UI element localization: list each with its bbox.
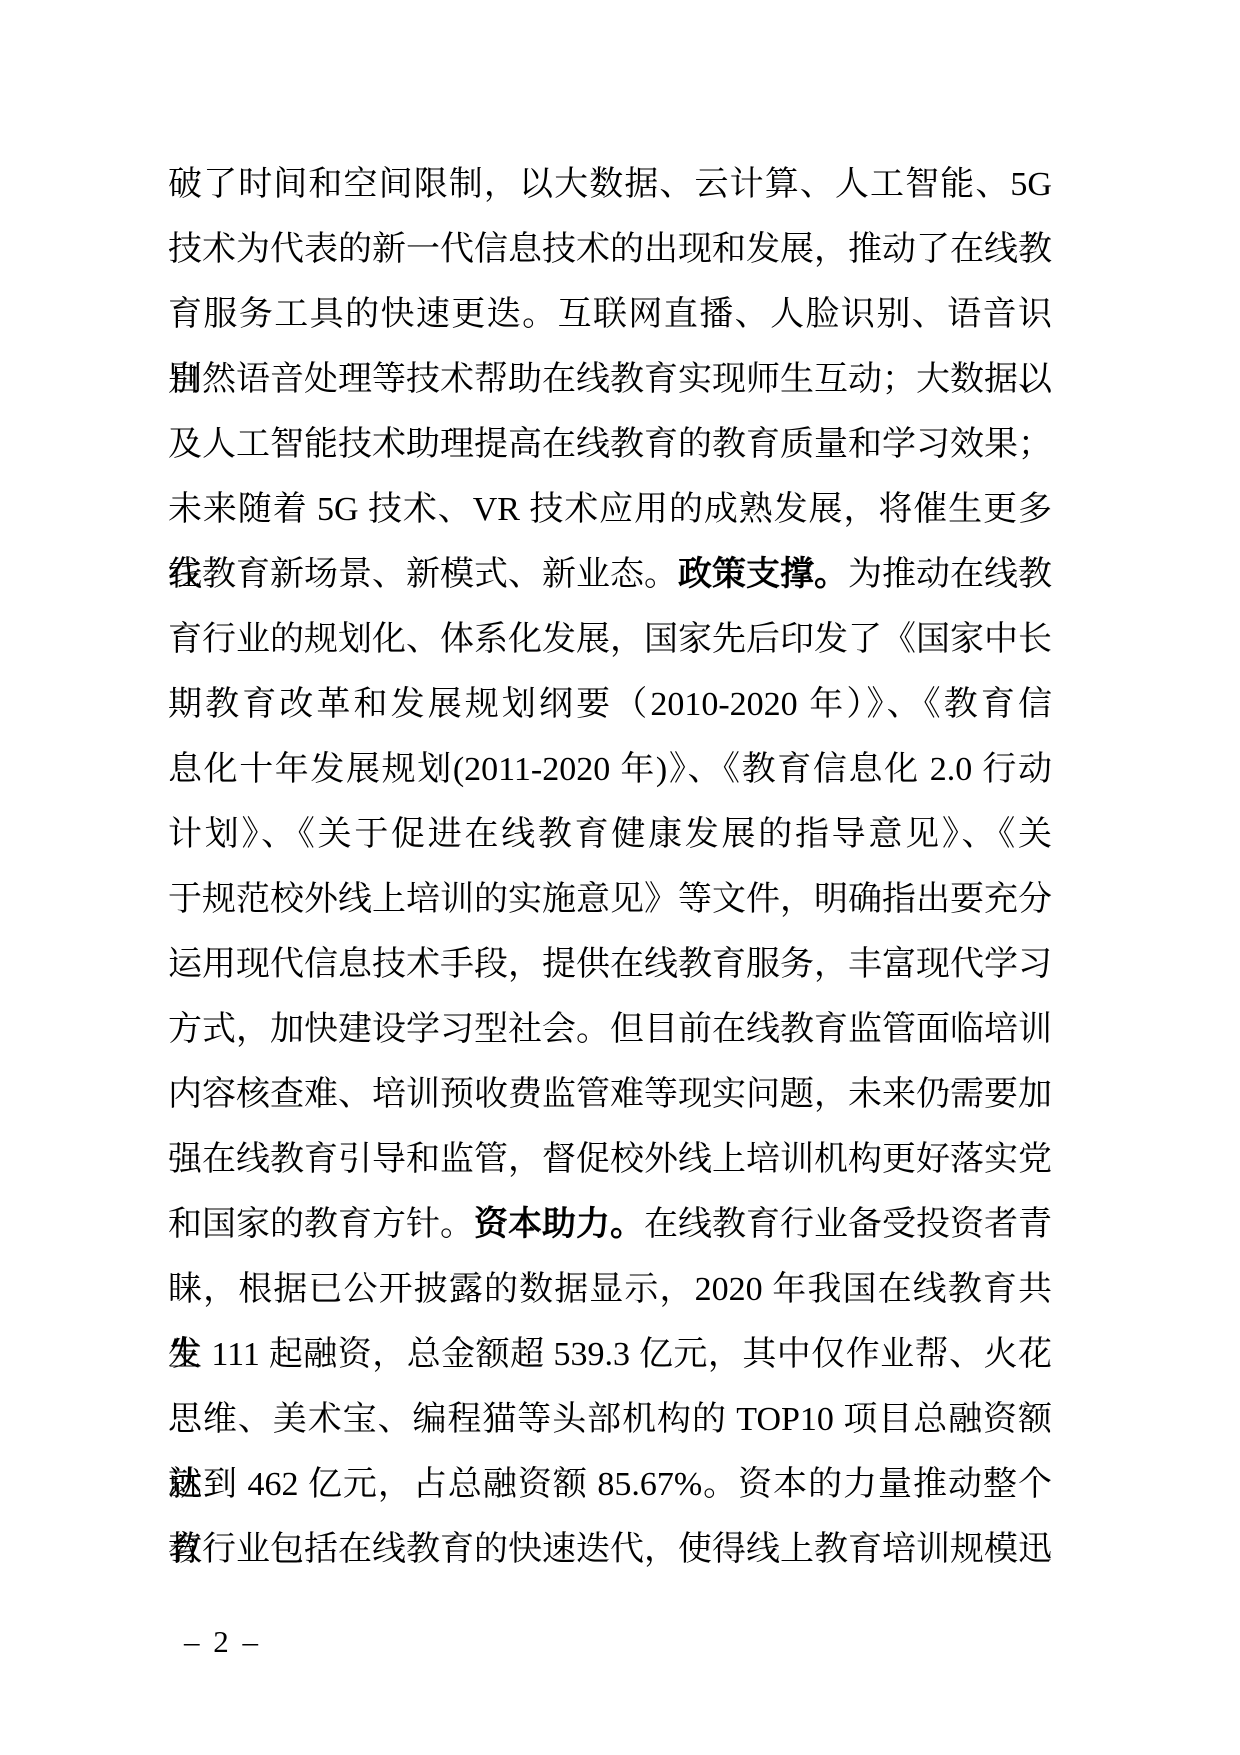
text-run: 强在线教育引导和监管，督促校外线上培训机构更好落实党 [168, 1141, 1052, 1178]
text-run: 于规范校外线上培训的实施意见》等文件，明确指出要充分 [168, 881, 1052, 918]
text-line: 育服务工具的快速更迭。互联网直播、人脸识别、语音识别、 [168, 282, 1052, 347]
text-line: 强在线教育引导和监管，督促校外线上培训机构更好落实党 [168, 1127, 1052, 1192]
text-line: 破了时间和空间限制，以大数据、云计算、人工智能、5G [168, 152, 1052, 217]
text-line: 育行业包括在线教育的快速迭代，使得线上教育培训规模迅 [168, 1517, 1052, 1582]
text-line: 及人工智能技术助理提高在线教育的教育质量和学习效果； [168, 412, 1052, 477]
text-run: 自然语音处理等技术帮助在线教育实现师生互动；大数据以 [168, 361, 1052, 398]
bold-run: 政策支撑。 [678, 556, 848, 593]
text-run: 线教育新场景、新模式、新业态。 [168, 556, 678, 593]
text-line: 于规范校外线上培训的实施意见》等文件，明确指出要充分 [168, 867, 1052, 932]
text-run: 方式，加快建设学习型社会。但目前在线教育监管面临培训 [168, 1011, 1052, 1048]
text-run: 运用现代信息技术手段，提供在线教育服务，丰富现代学习 [168, 946, 1052, 983]
text-line: 睐，根据已公开披露的数据显示，2020 年我国在线教育共发 [168, 1257, 1052, 1322]
text-run: 为推动在线教 [848, 556, 1052, 593]
text-line: 计划》、《关于促进在线教育健康发展的指导意见》、《关 [168, 802, 1052, 867]
text-line: 未来随着 5G 技术、VR 技术应用的成熟发展，将催生更多在 [168, 477, 1052, 542]
text-line: 运用现代信息技术手段，提供在线教育服务，丰富现代学习 [168, 932, 1052, 997]
body-text: 破了时间和空间限制，以大数据、云计算、人工智能、5G技术为代表的新一代信息技术的… [168, 152, 1052, 1582]
text-line: 和国家的教育方针。资本助力。在线教育行业备受投资者青 [168, 1192, 1052, 1257]
text-run: 在线教育行业备受投资者青 [644, 1206, 1052, 1243]
text-run: 计划》、《关于促进在线教育健康发展的指导意见》、《关 [168, 816, 1052, 853]
text-line: 技术为代表的新一代信息技术的出现和发展，推动了在线教 [168, 217, 1052, 282]
text-line: 生 111 起融资，总金额超 539.3 亿元，其中仅作业帮、火花 [168, 1322, 1052, 1387]
document-page: 破了时间和空间限制，以大数据、云计算、人工智能、5G技术为代表的新一代信息技术的… [0, 0, 1240, 1755]
text-run: 内容核查难、培训预收费监管难等现实问题，未来仍需要加 [168, 1076, 1052, 1113]
text-run: 和国家的教育方针。 [168, 1206, 474, 1243]
text-line: 方式，加快建设学习型社会。但目前在线教育监管面临培训 [168, 997, 1052, 1062]
text-line: 育行业的规划化、体系化发展，国家先后印发了《国家中长 [168, 607, 1052, 672]
page-number: – 2 – [184, 1622, 261, 1662]
bold-run: 资本助力。 [474, 1206, 644, 1243]
text-run: 及人工智能技术助理提高在线教育的教育质量和学习效果； [168, 426, 1052, 463]
text-run: 技术为代表的新一代信息技术的出现和发展，推动了在线教 [168, 231, 1052, 268]
text-line: 思维、美术宝、编程猫等头部机构的 TOP10 项目总融资额就 [168, 1387, 1052, 1452]
text-line: 达到 462 亿元，占总融资额 85.67%。资本的力量推动整个教 [168, 1452, 1052, 1517]
text-line: 息化十年发展规划(2011-2020 年)》、《教育信息化 2.0 行动 [168, 737, 1052, 802]
text-run: 破了时间和空间限制，以大数据、云计算、人工智能、5G [168, 166, 1052, 203]
text-run: 息化十年发展规划(2011-2020 年)》、《教育信息化 2.0 行动 [168, 751, 1052, 788]
text-run: 育行业的规划化、体系化发展，国家先后印发了《国家中长 [168, 621, 1052, 658]
text-run: 生 111 起融资，总金额超 539.3 亿元，其中仅作业帮、火花 [168, 1336, 1052, 1373]
text-line: 自然语音处理等技术帮助在线教育实现师生互动；大数据以 [168, 347, 1052, 412]
text-line: 线教育新场景、新模式、新业态。政策支撑。为推动在线教 [168, 542, 1052, 607]
text-line: 内容核查难、培训预收费监管难等现实问题，未来仍需要加 [168, 1062, 1052, 1127]
text-run: 育行业包括在线教育的快速迭代，使得线上教育培训规模迅 [168, 1531, 1052, 1568]
text-line: 期教育改革和发展规划纲要（2010-2020 年）》、《教育信 [168, 672, 1052, 737]
text-run: 期教育改革和发展规划纲要（2010-2020 年）》、《教育信 [168, 686, 1052, 723]
